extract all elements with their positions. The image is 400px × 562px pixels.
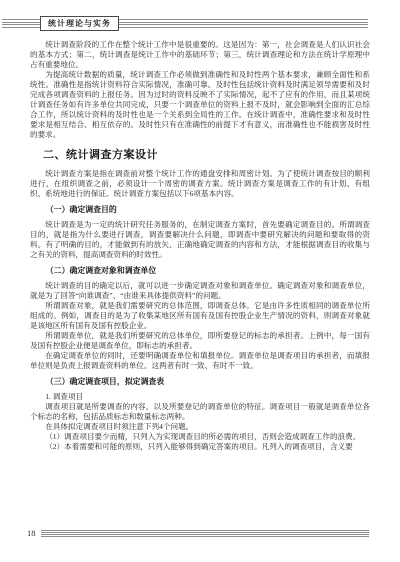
page-number: 18 (27, 529, 36, 538)
paragraph: 在具体拟定调查项目时须注意下列4个问题。 (30, 422, 370, 432)
numbered-item-heading: 1. 调查项目 (30, 392, 370, 402)
paragraph: 所谓调查单位，就是我们所要研究的总体单位，即所要登记的标志的承担者。上例中，每一… (30, 331, 370, 351)
subsection-heading-1: （一）确定调查目的 (30, 205, 370, 215)
header-rules-left (2, 19, 40, 28)
paragraph: 在确定调查单位的同时，还要明确调查单位和填报单位。调查单位是调查项目的承担者，而… (30, 351, 370, 371)
page-body: 统计调查阶段的工作在整个统计工作中是很重要的。这是因为：第一，社会调查是人们认识… (30, 40, 370, 452)
paragraph: 统计调查方案是指在调查前对整个统计工作的通盘安排和周密计划。为了使统计调查按目的… (30, 169, 370, 199)
paragraph: 为提高统计数据的质量，统计调查工作必须做到准确性和及时性两个基本要求，兼顾全面性… (30, 70, 370, 140)
header-rules-right (119, 19, 368, 28)
paragraph: 统计调查的目的确定以后，就可以进一步确定调查对象和调查单位。确定调查对象和调查单… (30, 281, 370, 301)
paragraph: 统计调查阶段的工作在整个统计工作中是很重要的。这是因为：第一，社会调查是人们认识… (30, 40, 370, 70)
subsection-heading-3: （三）确定调查项目，拟定调查表 (30, 377, 370, 387)
book-page: 统计理论与实务 统计调查阶段的工作在整个统计工作中是很重要的。这是因为：第一，社… (0, 0, 400, 562)
paragraph: 所谓调查对象，就是我们需要研究的总体范围，即调查总体。它是由许多性质相同的调查单… (30, 301, 370, 331)
paragraph: 统计调查是为一定的统计研究任务服务的，在制定调查方案时，首先要确定调查目的。所谓… (30, 220, 370, 260)
list-item: （2）本着需要和可能的原则，只列入能够得到确定答案的项目。凡列入的调查项目，含义… (30, 442, 370, 452)
section-heading: 二、统计调查方案设计 (30, 149, 370, 162)
paragraph: 调查项目就是所要调查的内容，以及所要登记的调查单位的特征。调查项目一般就是调查单… (30, 402, 370, 422)
list-item: （1）调查项目要少而精，只列入为实现调查目的所必需的项目，否则会造成调查工作的浪… (30, 432, 370, 442)
running-head: 统计理论与实务 (2, 16, 368, 31)
subsection-heading-2: （二）确定调查对象和调查单位 (30, 266, 370, 276)
footer-rules (41, 530, 370, 538)
page-footer: 18 (27, 529, 369, 538)
running-head-title: 统计理论与实务 (40, 16, 119, 31)
